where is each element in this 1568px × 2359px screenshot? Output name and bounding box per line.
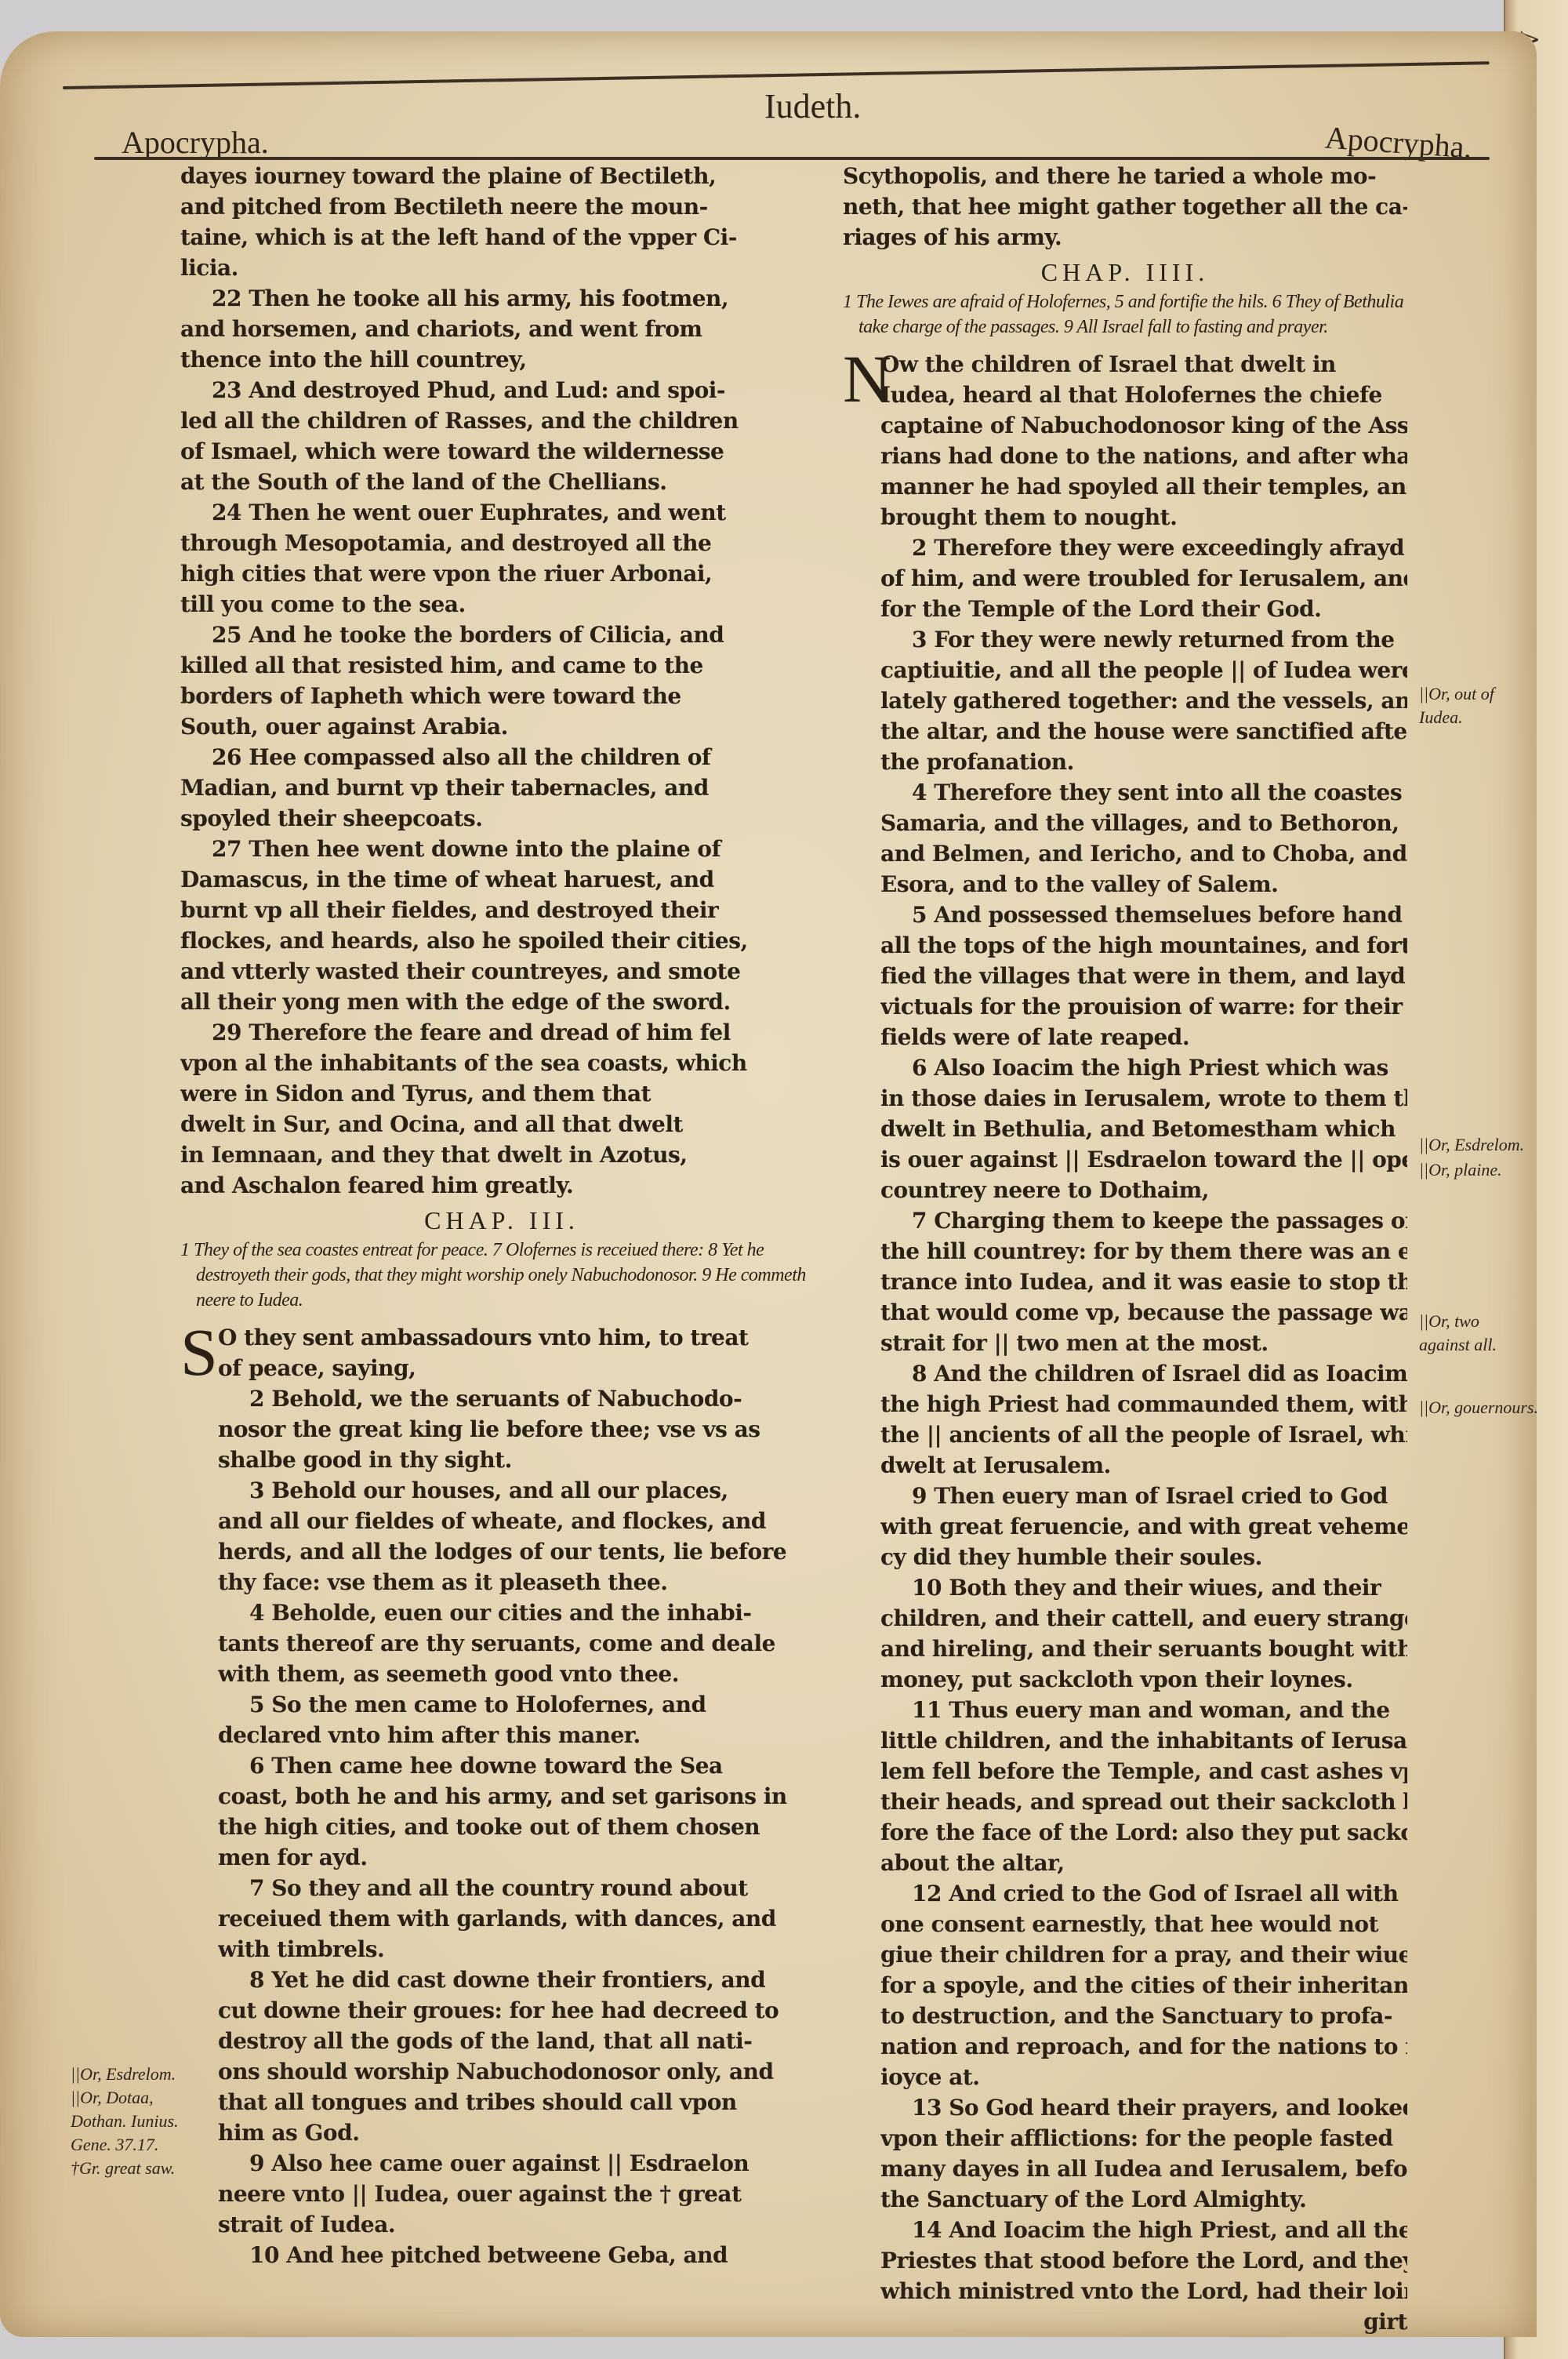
text-line: and hireling, and their seruants bought … — [880, 1634, 1407, 1664]
text-line: Scythopolis, and there he taried a whole… — [843, 161, 1407, 191]
text-line: neere vnto || Iudea, ouer against the † … — [218, 2179, 823, 2209]
text-line: 3 Behold our houses, and all our places, — [218, 1475, 823, 1506]
left-column-text: dayes iourney toward the plaine of Becti… — [180, 161, 823, 1201]
text-line: 7 Charging them to keepe the passages of — [880, 1205, 1407, 1236]
text-line: high cities that were vpon the riuer Arb… — [180, 558, 823, 589]
text-line: dwelt in Sur, and Ocina, and all that dw… — [180, 1109, 823, 1140]
text-line: taine, which is at the left hand of the … — [180, 222, 823, 253]
text-line: tants thereof are thy seruants, come and… — [218, 1628, 823, 1659]
text-line: spoyled their sheepcoats. — [180, 803, 823, 834]
text-line: led all the children of Rasses, and the … — [180, 405, 823, 436]
text-line: about the altar, — [880, 1848, 1407, 1878]
text-line: Madian, and burnt vp their tabernacles, … — [180, 772, 823, 803]
text-line: killed all that resisted him, and came t… — [180, 650, 823, 681]
text-line: in those daies in Ierusalem, wrote to th… — [880, 1083, 1407, 1114]
text-line: victuals for the prouision of warre: for… — [880, 991, 1407, 1022]
chapter-4-text: Ow the children of Israel that dwelt inI… — [880, 349, 1407, 2306]
text-line: dayes iourney toward the plaine of Becti… — [180, 161, 823, 191]
text-line: 14 And Ioacim the high Priest, and all t… — [880, 2215, 1407, 2245]
drop-cap-n: N — [843, 347, 891, 410]
margin-note: ||Or, Dotaa, — [71, 2086, 179, 2110]
text-line: for a spoyle, and the cities of their in… — [880, 1970, 1407, 2001]
left-column: dayes iourney toward the plaine of Becti… — [180, 161, 823, 2270]
margin-note: ||Or, gouernours. — [1419, 1396, 1538, 1419]
text-line: dwelt at Ierusalem. — [880, 1450, 1407, 1481]
text-line: neth, that hee might gather together all… — [843, 191, 1407, 222]
margin-note: ||Or, Esdrelom. — [71, 2063, 179, 2086]
text-line: 25 And he tooke the borders of Cilicia, … — [180, 620, 823, 650]
text-line: declared vnto him after this maner. — [218, 1720, 823, 1750]
text-line: nation and reproach, and for the nations… — [880, 2031, 1407, 2062]
text-line: 7 So they and all the country round abou… — [218, 1873, 823, 1903]
text-line: 29 Therefore the feare and dread of him … — [180, 1017, 823, 1048]
chapter-summary-4: 1 The Iewes are afraid of Holofernes, 5 … — [843, 289, 1407, 340]
text-line: 2 Behold, we the seruants of Nabuchodo- — [218, 1383, 823, 1414]
text-line: men for ayd. — [218, 1842, 823, 1873]
text-line: 8 Yet he did cast downe their frontiers,… — [218, 1965, 823, 1995]
text-line: licia. — [180, 253, 823, 283]
chapter-3-text: O they sent ambassadours vnto him, to tr… — [218, 1322, 823, 2270]
text-line: fied the villages that were in them, and… — [880, 961, 1407, 991]
text-line: 10 And hee pitched betweene Geba, and — [218, 2240, 823, 2270]
chapter-3-body: S O they sent ambassadours vnto him, to … — [180, 1322, 823, 2270]
text-line: and all our fieldes of wheate, and flock… — [218, 1506, 823, 1536]
chapter-summary-3: 1 They of the sea coastes entreat for pe… — [180, 1238, 823, 1313]
text-line: 6 Also Ioacim the high Priest which was — [880, 1052, 1407, 1083]
text-line: thence into the hill countrey, — [180, 344, 823, 375]
left-margin-notes: ||Or, Esdrelom. ||Or, Dotaa, Dothan. Iun… — [71, 2063, 179, 2180]
text-line: captiuitie, and all the people || of Iud… — [880, 655, 1407, 685]
text-line: 27 Then hee went downe into the plaine o… — [180, 834, 823, 864]
text-line: strait for || two men at the most. — [880, 1328, 1407, 1358]
text-line: the altar, and the house were sanctified… — [880, 716, 1407, 747]
running-head-left: Apocrypha. — [122, 124, 269, 161]
text-line: of peace, saying, — [218, 1353, 823, 1383]
text-line: countrey neere to Dothaim, — [880, 1175, 1407, 1205]
text-line: with great feruencie, and with great veh… — [880, 1511, 1407, 1542]
text-line: that would come vp, because the passage … — [880, 1297, 1407, 1328]
text-line: cy did they humble their soules. — [880, 1542, 1407, 1572]
text-line: manner he had spoyled all their temples,… — [880, 471, 1407, 502]
text-line: and pitched from Bectileth neere the mou… — [180, 191, 823, 222]
text-line: that all tongues and tribes should call … — [218, 2087, 823, 2117]
header-bottom-rule — [94, 157, 1490, 160]
text-line: of him, and were troubled for Ierusalem,… — [880, 563, 1407, 594]
margin-note: Dothan. Iunius. — [71, 2110, 179, 2133]
text-line: O they sent ambassadours vnto him, to tr… — [218, 1322, 823, 1353]
text-line: 10 Both they and their wiues, and their — [880, 1572, 1407, 1603]
text-line: the Sanctuary of the Lord Almighty. — [880, 2184, 1407, 2215]
text-line: receiued them with garlands, with dances… — [218, 1903, 823, 1934]
text-line: Esora, and to the valley of Salem. — [880, 869, 1407, 900]
text-line: brought them to nought. — [880, 502, 1407, 533]
text-line: 26 Hee compassed also all the children o… — [180, 742, 823, 772]
text-line: 22 Then he tooke all his army, his footm… — [180, 283, 823, 314]
margin-note: ||Or, plaine. — [1419, 1158, 1502, 1182]
text-line: in Iemnaan, and they that dwelt in Azotu… — [180, 1140, 823, 1170]
text-line: giue their children for a pray, and thei… — [880, 1939, 1407, 1970]
text-line: dwelt in Bethulia, and Betomestham which — [880, 1114, 1407, 1144]
text-line: of Ismael, which were toward the wildern… — [180, 436, 823, 467]
margin-note: †Gr. great saw. — [71, 2157, 179, 2180]
right-column-text: Scythopolis, and there he taried a whole… — [843, 161, 1407, 253]
chapter-heading-4: CHAP. IIII. — [843, 257, 1407, 288]
text-line: trance into Iudea, and it was easie to s… — [880, 1267, 1407, 1297]
text-line: fore the face of the Lord: also they put… — [880, 1817, 1407, 1848]
text-line: little children, and the inhabitants of … — [880, 1725, 1407, 1756]
text-line: and Belmen, and Iericho, and to Choba, a… — [880, 838, 1407, 869]
text-line: the profanation. — [880, 747, 1407, 777]
text-line: with timbrels. — [218, 1934, 823, 1965]
text-line: strait of Iudea. — [218, 2209, 823, 2240]
text-line: all the tops of the high mountaines, and… — [880, 930, 1407, 961]
text-line: Iudea, heard al that Holofernes the chie… — [880, 380, 1407, 410]
text-line: 9 Also hee came ouer against || Esdraelo… — [218, 2148, 823, 2179]
text-line: nosor the great king lie before thee; vs… — [218, 1414, 823, 1445]
text-line: vpon al the inhabitants of the sea coast… — [180, 1048, 823, 1078]
text-line: through Mesopotamia, and destroyed all t… — [180, 528, 823, 558]
text-line: 5 And possessed themselues before hand o… — [880, 900, 1407, 930]
text-line: Ow the children of Israel that dwelt in — [880, 349, 1407, 380]
text-line: 11 Thus euery man and woman, and the — [880, 1695, 1407, 1725]
text-line: the hill countrey: for by them there was… — [880, 1236, 1407, 1267]
margin-note: ||Or, Esdrelom. — [1419, 1133, 1524, 1157]
text-line: all their yong men with the edge of the … — [180, 987, 823, 1017]
text-line: many dayes in all Iudea and Ierusalem, b… — [880, 2154, 1407, 2184]
margin-note: ||Or, out of Iudea. — [1419, 682, 1505, 729]
text-line: for the Temple of the Lord their God. — [880, 594, 1407, 624]
text-line: lem fell before the Temple, and cast ash… — [880, 1756, 1407, 1787]
text-line: is ouer against || Esdraelon toward the … — [880, 1144, 1407, 1175]
text-line: borders of Iapheth which were toward the — [180, 681, 823, 711]
chapter-heading-3: CHAP. III. — [180, 1205, 823, 1236]
text-line: 3 For they were newly returned from the — [880, 624, 1407, 655]
text-line: 24 Then he went ouer Euphrates, and went — [180, 497, 823, 528]
text-line: captaine of Nabuchodonosor king of the A… — [880, 410, 1407, 441]
text-line: which ministred vnto the Lord, had their… — [880, 2276, 1407, 2306]
text-line: money, put sackcloth vpon their loynes. — [880, 1664, 1407, 1695]
text-line: herds, and all the lodges of our tents, … — [218, 1536, 823, 1567]
text-line: coast, both he and his army, and set gar… — [218, 1781, 823, 1812]
text-line: the || ancients of all the people of Isr… — [880, 1419, 1407, 1450]
text-line: lately gathered together: and the vessel… — [880, 685, 1407, 716]
text-line: cut downe their groues: for hee had decr… — [218, 1995, 823, 2026]
text-line: with them, as seemeth good vnto thee. — [218, 1659, 823, 1689]
drop-cap-s: S — [180, 1321, 217, 1383]
text-line: at the South of the land of the Chellian… — [180, 467, 823, 497]
text-line: 5 So the men came to Holofernes, and — [218, 1689, 823, 1720]
text-line: 4 Therefore they sent into all the coast… — [880, 777, 1407, 808]
text-line: vpon their afflictions: for the people f… — [880, 2123, 1407, 2154]
text-line: 13 So God heard their prayers, and looke… — [880, 2092, 1407, 2123]
text-line: flockes, and heards, also he spoiled the… — [180, 925, 823, 956]
text-line: 12 And cried to the God of Israel all wi… — [880, 1878, 1407, 1909]
text-line: 2 Therefore they were exceedingly afrayd — [880, 533, 1407, 563]
text-line: him as God. — [218, 2117, 823, 2148]
text-line: destroy all the gods of the land, that a… — [218, 2026, 823, 2056]
text-line: children, and their cattell, and euery s… — [880, 1603, 1407, 1634]
text-line: 9 Then euery man of Israel cried to God — [880, 1481, 1407, 1511]
text-line: were in Sidon and Tyrus, and them that — [180, 1078, 823, 1109]
right-column: Scythopolis, and there he taried a whole… — [843, 161, 1407, 2337]
text-line: till you come to the sea. — [180, 589, 823, 620]
text-line: rians had done to the nations, and after… — [880, 441, 1407, 471]
margin-note: Gene. 37.17. — [71, 2133, 179, 2157]
text-line: 4 Beholde, euen our cities and the inhab… — [218, 1598, 823, 1628]
text-line: South, ouer against Arabia. — [180, 711, 823, 742]
text-line: 8 And the children of Israel did as Ioac… — [880, 1358, 1407, 1389]
text-line: the high cities, and tooke out of them c… — [218, 1812, 823, 1842]
text-line: ons should worship Nabuchodonosor only, … — [218, 2056, 823, 2087]
text-line: to destruction, and the Sanctuary to pro… — [880, 2001, 1407, 2031]
text-line: ioyce at. — [880, 2062, 1407, 2092]
text-line: one consent earnestly, that hee would no… — [880, 1909, 1407, 1939]
text-line: Damascus, in the time of wheat haruest, … — [180, 864, 823, 895]
text-line: riages of his army. — [843, 222, 1407, 253]
text-line: and horsemen, and chariots, and went fro… — [180, 314, 823, 344]
text-line: 6 Then came hee downe toward the Sea — [218, 1750, 823, 1781]
text-line: and Aschalon feared him greatly. — [180, 1170, 823, 1201]
chapter-4-body: N Ow the children of Israel that dwelt i… — [843, 349, 1407, 2306]
text-line: Samaria, and the villages, and to Bethor… — [880, 808, 1407, 838]
text-line: burnt vp all their fieldes, and destroye… — [180, 895, 823, 925]
book-page: Iudeth. Apocrypha. Apocrypha. dayes iour… — [0, 31, 1537, 2337]
text-line: shalbe good in thy sight. — [218, 1445, 823, 1475]
catchword: girt — [843, 2306, 1407, 2337]
text-line: the high Priest had commaunded them, wit… — [880, 1389, 1407, 1419]
text-line: their heads, and spread out their sackcl… — [880, 1787, 1407, 1817]
text-line: fields were of late reaped. — [880, 1022, 1407, 1052]
header-top-rule — [63, 61, 1490, 89]
margin-note: ||Or, two against all. — [1419, 1310, 1521, 1357]
running-title: Iudeth. — [764, 86, 861, 126]
text-line: 23 And destroyed Phud, and Lud: and spoi… — [180, 375, 823, 405]
text-line: thy face: vse them as it pleaseth thee. — [218, 1567, 823, 1598]
text-line: and vtterly wasted their countreyes, and… — [180, 956, 823, 987]
text-line: Priestes that stood before the Lord, and… — [880, 2245, 1407, 2276]
